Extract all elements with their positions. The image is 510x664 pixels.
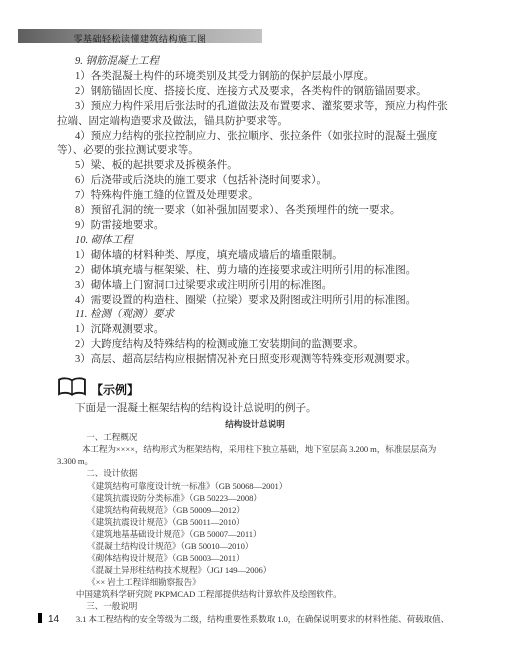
book-title: 零基础轻松读懂建筑结构施工图 bbox=[73, 34, 206, 44]
spec-reference: 《砌体结构设计规范》（GB 50003—2011） bbox=[57, 552, 453, 564]
section-heading: 10. 砌体工程 bbox=[57, 234, 453, 249]
list-item: 6）后浇带或后浇块的施工要求（包括补浇时间要求）。 bbox=[57, 174, 453, 189]
spec-reference: 《混凝土异形柱结构技术规程》（JGJ 149—2006） bbox=[57, 564, 453, 576]
spec-reference: 《建筑结构可靠度设计统一标准》（GB 50068—2001） bbox=[57, 480, 453, 492]
spec-heading: 一、工程概况 bbox=[57, 431, 453, 443]
list-item: 8）预留孔洞的统一要求（如补强加固要求）、各类预埋件的统一要求。 bbox=[57, 204, 453, 219]
list-item: 9）防雷接地要求。 bbox=[57, 219, 453, 234]
list-item: 2）大跨度结构及特殊结构的检测或施工安装期间的监测要求。 bbox=[57, 338, 453, 353]
page-content: 9. 钢筋混凝土工程 1）各类混凝土构件的环境类别及其受力钢筋的保护层最小厚度。… bbox=[57, 55, 453, 625]
list-item: 4）需要设置的构造柱、圈梁（拉梁）要求及附图或注明所引用的标准图。 bbox=[57, 294, 453, 309]
list-item: 4）预应力结构的张拉控制应力、张拉顺序、张拉条件（如张拉时的混凝土强度等）、必要… bbox=[57, 130, 453, 160]
book-page: 零基础轻松读懂建筑结构施工图 9. 钢筋混凝土工程 1）各类混凝土构件的环境类别… bbox=[0, 0, 510, 664]
list-item: 1）砌体墙的材料种类、厚度，填充墙成墙后的墙重限制。 bbox=[57, 249, 453, 264]
spec-paragraph: 本工程为××××，结构形式为框架结构，采用柱下独立基础，地下室层高 3.200 … bbox=[57, 443, 453, 467]
page-number: 14 bbox=[48, 614, 59, 625]
list-item: 2）砌体填充墙与框架梁、柱、剪力墙的连接要求或注明所引用的标准图。 bbox=[57, 264, 453, 279]
list-item: 7）特殊构件施工缝的位置及处理要求。 bbox=[57, 189, 453, 204]
list-item: 3）预应力构件采用后张法时的孔道做法及布置要求、灌浆要求等，预应力构件张拉端、固… bbox=[57, 100, 453, 130]
running-head-bar: 零基础轻松读懂建筑结构施工图 bbox=[18, 29, 262, 43]
spec-paragraph: 3.1 本工程结构的安全等级为二级，结构重要性系数取 1.0，在确保说明要求的材… bbox=[57, 613, 453, 625]
section-heading: 9. 钢筋混凝土工程 bbox=[57, 55, 453, 70]
spec-reference: 《×× 岩土工程详细勘察报告》 bbox=[57, 576, 453, 588]
spec-title: 结构设计总说明 bbox=[57, 418, 453, 430]
spec-heading: 二、设计依据 bbox=[57, 467, 453, 479]
list-item: 2）钢筋锚固长度、搭接长度、连接方式及要求，各类构件的钢筋锚固要求。 bbox=[57, 85, 453, 100]
main-list: 9. 钢筋混凝土工程 1）各类混凝土构件的环境类别及其受力钢筋的保护层最小厚度。… bbox=[57, 55, 453, 368]
list-item: 3）砌体墙上门窗洞口过梁要求或注明所引用的标准图。 bbox=[57, 279, 453, 294]
list-item: 3）高层、超高层结构应根据情况补充日照变形观测等特殊变形观测要求。 bbox=[57, 353, 453, 368]
example-label: 【示例】 bbox=[91, 382, 139, 398]
example-block: 【示例】 bbox=[57, 376, 453, 398]
list-item: 1）各类混凝土构件的环境类别及其受力钢筋的保护层最小厚度。 bbox=[57, 70, 453, 85]
spec-document: 结构设计总说明 一、工程概况 本工程为××××，结构形式为框架结构，采用柱下独立… bbox=[57, 418, 453, 625]
list-item: 5）梁、板的起拱要求及拆模条件。 bbox=[57, 159, 453, 174]
page-footer: 14 bbox=[38, 613, 59, 626]
open-book-icon bbox=[57, 376, 87, 398]
spec-reference: 《建筑抗震设防分类标准》（GB 50223—2008） bbox=[57, 492, 453, 504]
spec-reference: 《建筑抗震设计规范》（GB 50011—2010） bbox=[57, 516, 453, 528]
spec-heading: 三、一般说明 bbox=[57, 600, 453, 612]
spec-reference: 《建筑地基基础设计规范》（GB 50007—2011） bbox=[57, 528, 453, 540]
spec-reference: 《混凝土结构设计规范》（GB 50010—2010） bbox=[57, 540, 453, 552]
page-number-bar bbox=[38, 613, 42, 623]
example-intro: 下面是一混凝土框架结构的结构设计总说明的例子。 bbox=[57, 401, 453, 416]
spec-reference: 《建筑结构荷载规范》（GB 50009—2012） bbox=[57, 504, 453, 516]
list-item: 1）沉降观测要求。 bbox=[57, 323, 453, 338]
section-heading: 11. 检测（观测）要求 bbox=[57, 308, 453, 323]
spec-paragraph: 中国建筑科学研究院 PKPMCAD 工程部提供结构计算软件及绘图软件。 bbox=[57, 588, 453, 600]
